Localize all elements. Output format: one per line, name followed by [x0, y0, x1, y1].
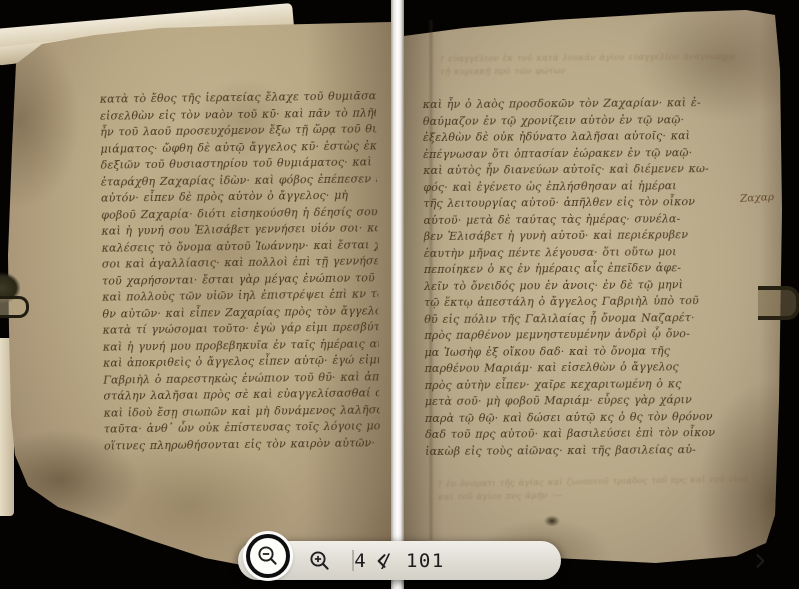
text-line: ἐπέγνωσαν ὅτι ὀπτασίαν ἑώρακεν ἐν τῷ ναῷ…	[423, 144, 723, 163]
text-line: καὶ ἦν ὁ λαὸς προσδοκῶν τὸν Ζαχαρίαν· κα…	[423, 95, 723, 114]
text-line: φός· καὶ ἐγένετο ὡς ἐπλήσθησαν αἱ ἡμέραι	[423, 177, 723, 196]
text-line: καὶ αὐτὸς ἦν διανεύων αὐτοῖς· καὶ διέμεν…	[423, 161, 723, 180]
text-line: τῆς λειτουργίας αὐτοῦ· ἀπῆλθεν εἰς τὸν ο…	[423, 194, 723, 213]
binding-tab-right	[758, 286, 799, 318]
text-line: τῇ κυριακῇ πρὸ τῶν φώτων	[440, 64, 760, 80]
text-line: τῷ ἕκτῳ ἀπεστάλη ὁ ἄγγελος Γαβριὴλ ὑπὸ τ…	[424, 293, 724, 312]
manuscript-viewer: κατὰ τὸ ἔθος τῆς ἱερατείας ἔλαχε τοῦ θυμ…	[0, 0, 799, 589]
text-line: θαύμαζον ἐν τῷ χρονίζειν αὐτὸν ἐν τῷ ναῷ…	[423, 111, 723, 130]
viewer-toolbar: 4 / 101	[238, 541, 561, 580]
margin-annotation: Ζαχαρ	[740, 191, 775, 205]
right-page-text: καὶ ἦν ὁ λαὸς προσδοκῶν τὸν Ζαχαρίαν· κα…	[423, 95, 726, 469]
text-line: παρθένου Μαριάμ· καὶ εἰσελθὼν ὁ ἄγγελος	[425, 359, 725, 378]
text-line: ἐξελθὼν δὲ οὐκ ἠδύνατο λαλῆσαι αὐτοῖς· κ…	[423, 128, 723, 147]
binding-tab-left	[0, 266, 30, 318]
next-page-button[interactable]	[748, 549, 772, 573]
manuscript-page-right: † εὐαγγέλιον ἐκ τοῦ κατὰ λουκᾶν ἁγίου εὐ…	[404, 0, 799, 589]
text-line: πρὸς παρθένον μεμνηστευμένην ἀνδρὶ ᾧ ὄνο…	[424, 326, 724, 345]
text-line: οἵτινες πληρωθήσονται εἰς τὸν καιρὸν αὐτ…	[104, 435, 380, 455]
right-page-faded-footer: † ἐν ὀνόματι τῆς ἁγίας καὶ ζωοποιοῦ τριά…	[438, 473, 758, 505]
text-line: μα Ἰωσὴφ ἐξ οἴκου δαδ· καὶ τὸ ὄνομα τῆς	[424, 342, 724, 361]
text-line: μετὰ σοῦ· μὴ φοβοῦ Μαριάμ· εὗρες γὰρ χάρ…	[425, 392, 725, 411]
text-line: δαδ τοῦ πρς αὐτοῦ· καὶ βασιλεύσει ἐπὶ τὸ…	[425, 425, 725, 444]
page-fold-crease	[428, 20, 434, 540]
right-page-faded-header: † εὐαγγέλιον ἐκ τοῦ κατὰ λουκᾶν ἁγίου εὐ…	[440, 51, 760, 80]
text-line: πεποίηκεν ὁ κς ἐν ἡμέραις αἷς ἐπεῖδεν ἀφ…	[424, 260, 724, 279]
left-page-text: κατὰ τὸ ἔθος τῆς ἱερατείας ἔλαχε τοῦ θυμ…	[100, 88, 381, 463]
page-divider	[391, 0, 404, 589]
text-line: αὐτοῦ· μετὰ δὲ ταύτας τὰς ἡμέρας· συνέλα…	[424, 210, 724, 229]
text-line: λεῖν τὸ ὄνειδός μου ἐν ἀνοις· ἐν δὲ τῷ μ…	[424, 276, 724, 295]
text-line: θῡ εἰς πόλιν τῆς Γαλιλαίας ᾗ ὄνομα Ναζαρ…	[424, 309, 724, 328]
text-line: ἑαυτὴν μῆνας πέντε λέγουσα· ὅτι οὕτω μοι	[424, 243, 724, 262]
text-line: βεν Ἐλισάβετ ἡ γυνὴ αὐτοῦ· καὶ περιέκρυβ…	[424, 227, 724, 246]
text-line: ἰακὼβ εἰς τοὺς αἰῶνας· καὶ τῆς βασιλείας…	[425, 441, 725, 460]
chevron-right-icon	[750, 551, 770, 571]
page-indicator: 4 / 101	[238, 549, 561, 573]
manuscript-page-left: κατὰ τὸ ἔθος τῆς ἱερατείας ἔλαχε τοῦ θυμ…	[0, 0, 392, 589]
text-line: παρὰ τῷ θῷ· καὶ δώσει αὐτῷ κς ὁ θς τὸν θ…	[425, 408, 725, 427]
text-line: πρὸς αὐτὴν εἶπεν· χαῖρε κεχαριτωμένη ὁ κ…	[425, 375, 725, 394]
